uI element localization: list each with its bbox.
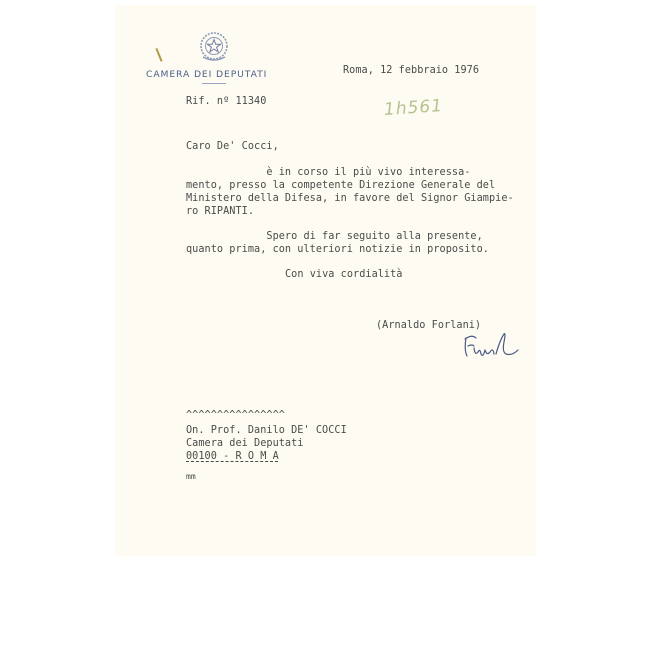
institution-name: CAMERA DEI DEPUTATI (146, 69, 267, 80)
body-paragraph-1-line-3: Ministero della Difesa, in favore del Si… (186, 193, 514, 206)
typist-initials: mm (186, 471, 196, 484)
handwritten-signature-icon (460, 330, 524, 362)
reference-number: Rif. nº 11340 (186, 96, 266, 109)
place-date: Roma, 12 febbraio 1976 (343, 65, 479, 78)
handwritten-protocol-number: 1h561 (383, 96, 443, 120)
body-paragraph-2-line-1: Spero di far seguito alla presente, (186, 231, 483, 244)
body-paragraph-1-line-1: è in corso il più vivo interessa- (186, 167, 470, 180)
italian-republic-emblem-icon (197, 30, 231, 64)
recipient-name: On. Prof. Danilo DE' COCCI (186, 425, 347, 438)
body-paragraph-2-line-2: quanto prima, con ulteriori notizie in p… (186, 244, 489, 257)
body-paragraph-1-line-2: mento, presso la competente Direzione Ge… (186, 180, 495, 193)
address-separator: ^^^^^^^^^^^^^^^^ (186, 410, 285, 423)
letterhead-rule (202, 83, 226, 84)
body-paragraph-1-line-4: ro RIPANTI. (186, 206, 254, 219)
recipient-institution: Camera dei Deputati (186, 438, 303, 451)
salutation: Caro De' Cocci, (186, 141, 279, 154)
closing: Con viva cordialità (285, 269, 402, 282)
recipient-city: 00100 - R O M A (186, 451, 279, 464)
